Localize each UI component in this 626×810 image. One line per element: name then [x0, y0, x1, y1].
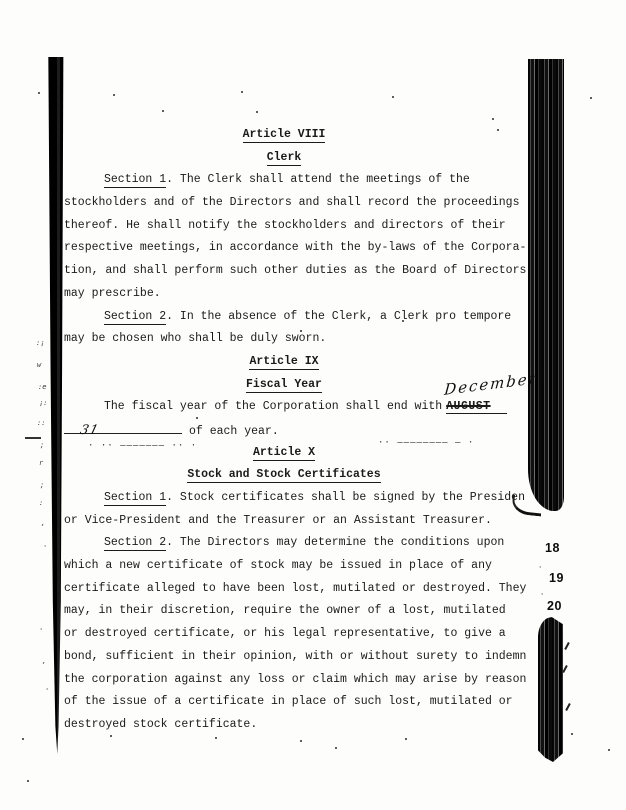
a8-section2-label: Section 2 — [104, 310, 166, 325]
margin-number-18: 18 — [545, 541, 560, 555]
a10-section2-line4: may, in their discretion, require the ow… — [64, 600, 534, 623]
a10-section2-line6: bond, sufficient in their opinion, with … — [64, 646, 534, 669]
article-x-title: Article X — [64, 442, 534, 465]
a8-section1-line1: Section 1. The Clerk shall attend the me… — [64, 169, 534, 192]
margin-number-20: 20 — [547, 599, 562, 613]
a10-section2-line9: destroyed stock certificate. — [64, 714, 534, 737]
article-x-subtitle: Stock and Stock Certificates — [64, 464, 534, 487]
a8-section2-line2: may be chosen who shall be duly sworn. — [64, 328, 534, 351]
a8-section1-line2: stockholders and of the Directors and sh… — [64, 192, 534, 215]
a8-section1-line4: respective meetings, in accordance with … — [64, 237, 534, 260]
article-viii-title: Article VIII — [64, 124, 534, 147]
article-ix-title-text: Article IX — [249, 355, 318, 370]
fiscal-year-text: The fiscal year of the Corporation shall… — [104, 400, 442, 413]
article-viii-title-text: Article VIII — [243, 128, 326, 143]
a10-section2-rest: . The Directors may determine the condit… — [166, 536, 504, 549]
struck-out-month: AUGUST — [446, 400, 506, 414]
document-text: Article VIII Clerk Section 1. The Clerk … — [64, 124, 534, 737]
a8-section1-rest: . The Clerk shall attend the meetings of… — [166, 173, 470, 186]
a8-section2-line1: Section 2. In the absence of the Clerk, … — [64, 306, 534, 329]
a10-section1-rest: . Stock certificates shall be signed by … — [166, 491, 525, 504]
article-ix-title: Article IX — [64, 351, 534, 374]
a8-section1-line3: thereof. He shall notify the stockholder… — [64, 215, 534, 238]
handwritten-day: 31 — [77, 420, 101, 443]
a8-section1-line6: may prescribe. — [64, 283, 534, 306]
a8-section1-line5: tion, and shall perform such other dutie… — [64, 260, 534, 283]
scan-artifact-dash-segment — [25, 437, 41, 439]
a8-section2-rest: . In the absence of the Clerk, a Clerk p… — [166, 310, 511, 323]
a10-section1-line1: Section 1. Stock certificates shall be s… — [64, 487, 534, 510]
a10-section2-line2: which a new certificate of stock may be … — [64, 555, 534, 578]
a10-section2-line5: or destroyed certificate, or his legal r… — [64, 623, 534, 646]
a8-section1-label: Section 1 — [104, 173, 166, 188]
scanned-document-page: 18 19 20 · ·· ——————— ·· · ·· ———————— —… — [0, 0, 626, 810]
a10-section2-line3: certificate alleged to have been lost, m… — [64, 578, 534, 601]
clerk-heading-text: Clerk — [267, 151, 302, 166]
scan-artifact-right-band-lower — [538, 617, 563, 762]
a10-section2-label: Section 2 — [104, 536, 166, 551]
a10-section2-line7: the corporation against any loss or clai… — [64, 669, 534, 692]
article-viii-subtitle: Clerk — [64, 147, 534, 170]
article-x-title-text: Article X — [253, 446, 315, 461]
fiscal-year-line2: 31of each year. — [64, 419, 534, 442]
scan-artifact-left-bar — [48, 57, 64, 754]
a10-section1-line2: or Vice-President and the Treasurer or a… — [64, 510, 534, 533]
a10-section1-label: Section 1 — [104, 491, 166, 506]
margin-number-19: 19 — [549, 571, 564, 585]
a10-section2-line1: Section 2. The Directors may determine t… — [64, 532, 534, 555]
a10-section2-line8: of the issue of a certificate in place o… — [64, 691, 534, 714]
stock-certificates-heading-text: Stock and Stock Certificates — [187, 468, 380, 483]
of-each-year-text: of each year. — [189, 425, 279, 438]
fiscal-year-heading-text: Fiscal Year — [246, 378, 322, 393]
fiscal-year-line1: The fiscal year of the Corporation shall… — [64, 396, 534, 419]
